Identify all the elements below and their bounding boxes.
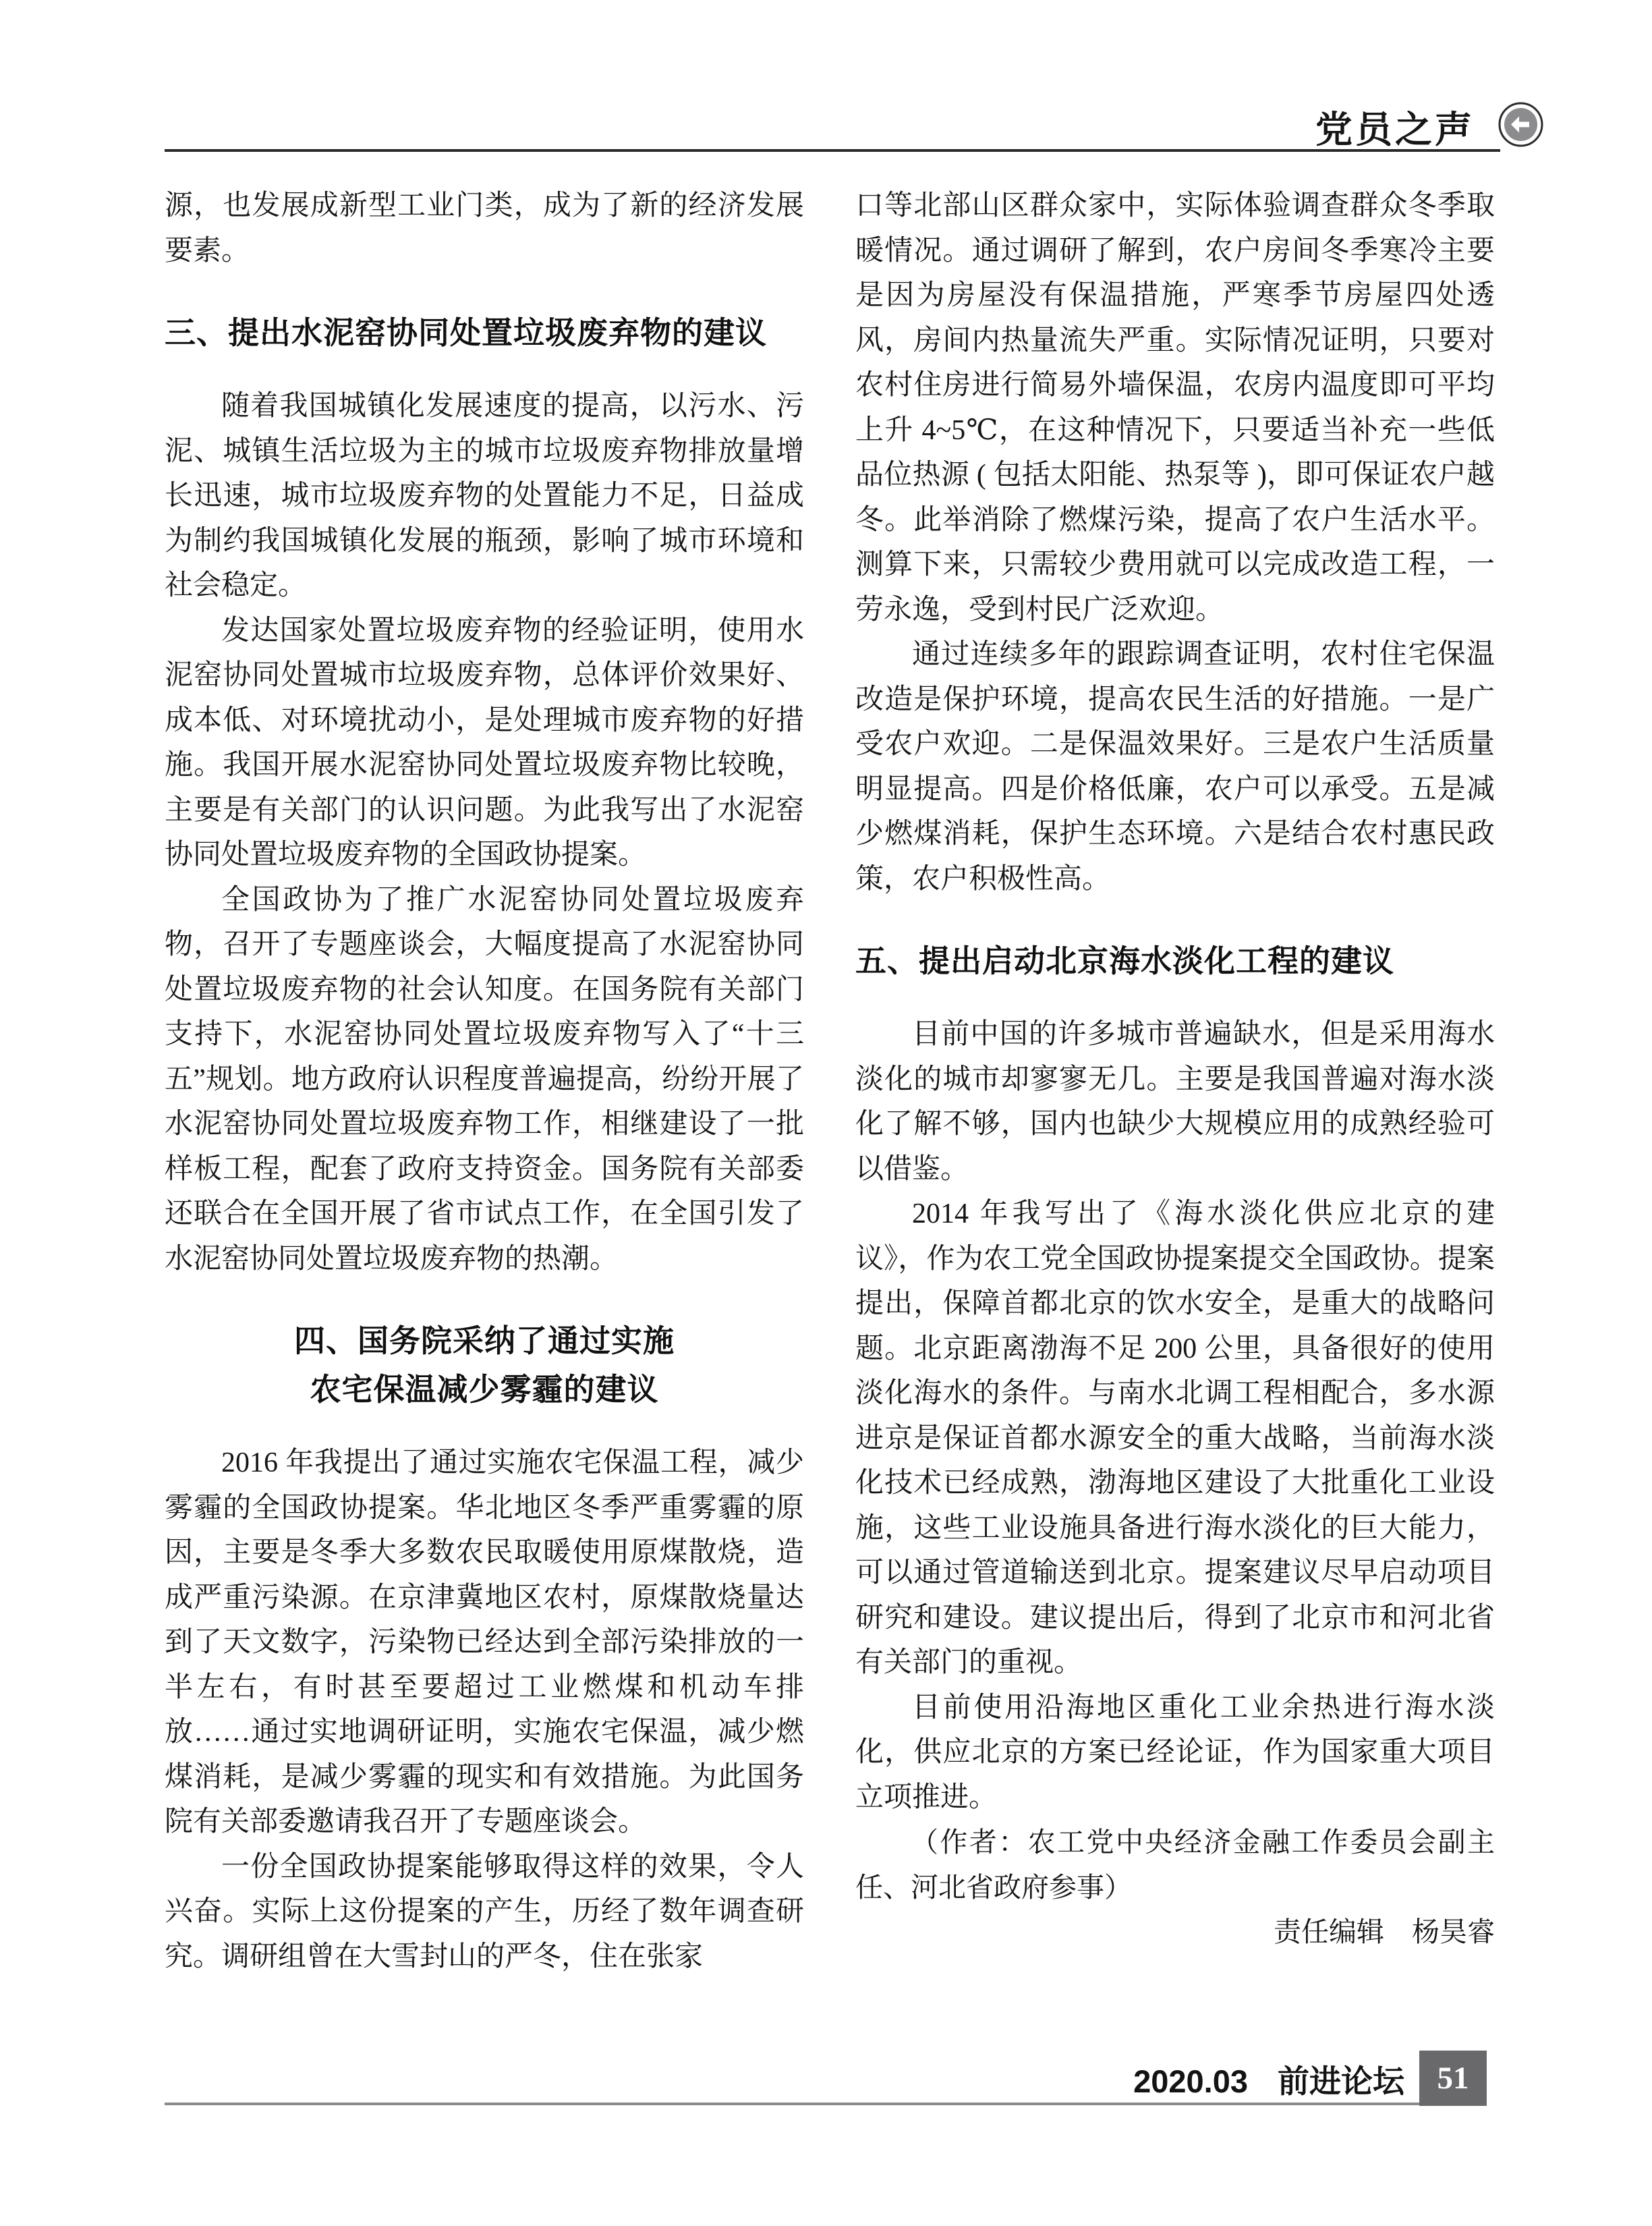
header-divider <box>165 149 1500 152</box>
author-note: （作者：农工党中央经济金融工作委员会副主任、河北省政府参事） <box>855 1820 1495 1910</box>
footer-divider <box>165 2103 1419 2105</box>
magazine-page: 党员之声 源，也发展成新型工业门类，成为了新的经济发展要素。 三、提出水泥窑协同… <box>0 0 1652 2226</box>
left-column: 源，也发展成新型工业门类，成为了新的经济发展要素。 三、提出水泥窑协同处置垃圾废… <box>165 184 804 1979</box>
footer-journal-line: 2020.03 前进论坛 <box>1133 2057 1404 2102</box>
back-arrow-icon <box>1498 102 1543 147</box>
paragraph: 目前中国的许多城市普遍缺水，但是采用海水淡化的城市却寥寥无几。主要是我国普遍对海… <box>855 1012 1495 1192</box>
page-number-badge: 51 <box>1419 2051 1487 2106</box>
section-heading-4-line2: 农宅保温减少雾霾的建议 <box>165 1365 804 1414</box>
paragraph: 目前使用沿海地区重化工业余热进行海水淡化，供应北京的方案已经论证，作为国家重大项… <box>855 1686 1495 1820</box>
paragraph: 2014 年我写出了《海水淡化供应北京的建议》，作为农工党全国政协提案提交全国政… <box>855 1192 1495 1686</box>
paragraph: 2016 年我提出了通过实施农宅保温工程，减少雾霾的全国政协提案。华北地区冬季严… <box>165 1441 804 1845</box>
footer-journal-name: 前进论坛 <box>1278 2057 1404 2102</box>
right-column: 口等北部山区群众家中，实际体验调查群众冬季取暖情况。通过调研了解到，农户房间冬季… <box>855 184 1495 1955</box>
section-heading-5: 五、提出启动北京海水淡化工程的建议 <box>855 937 1495 985</box>
paragraph: 随着我国城镇化发展速度的提高，以污水、污泥、城镇生活垃圾为主的城市垃圾废弃物排放… <box>165 384 804 609</box>
paragraph: 通过连续多年的跟踪调查证明，农村住宅保温改造是保护环境，提高农民生活的好措施。一… <box>855 632 1495 901</box>
section-heading-4-line1: 四、国务院采纳了通过实施 <box>165 1316 804 1365</box>
section-heading-4: 四、国务院采纳了通过实施 农宅保温减少雾霾的建议 <box>165 1316 804 1414</box>
footer-issue: 2020.03 <box>1133 2063 1248 2100</box>
paragraph: 发达国家处置垃圾废弃物的经验证明，使用水泥窑协同处置城市垃圾废弃物，总体评价效果… <box>165 609 804 878</box>
paragraph: 一份全国政协提案能够取得这样的效果，令人兴奋。实际上这份提案的产生，历经了数年调… <box>165 1845 804 1980</box>
paragraph: 全国政协为了推广水泥窑协同处置垃圾废弃物，召开了专题座谈会，大幅度提高了水泥窑协… <box>165 878 804 1282</box>
paragraph-continuation: 源，也发展成新型工业门类，成为了新的经济发展要素。 <box>165 184 804 273</box>
page-header-title: 党员之声 <box>1315 100 1475 153</box>
editor-credit: 责任编辑 杨昊睿 <box>855 1910 1495 1955</box>
paragraph-continuation: 口等北部山区群众家中，实际体验调查群众冬季取暖情况。通过调研了解到，农户房间冬季… <box>855 184 1495 632</box>
section-heading-3: 三、提出水泥窑协同处置垃圾废弃物的建议 <box>165 308 804 357</box>
back-arrow-icon-svg <box>1498 102 1543 147</box>
